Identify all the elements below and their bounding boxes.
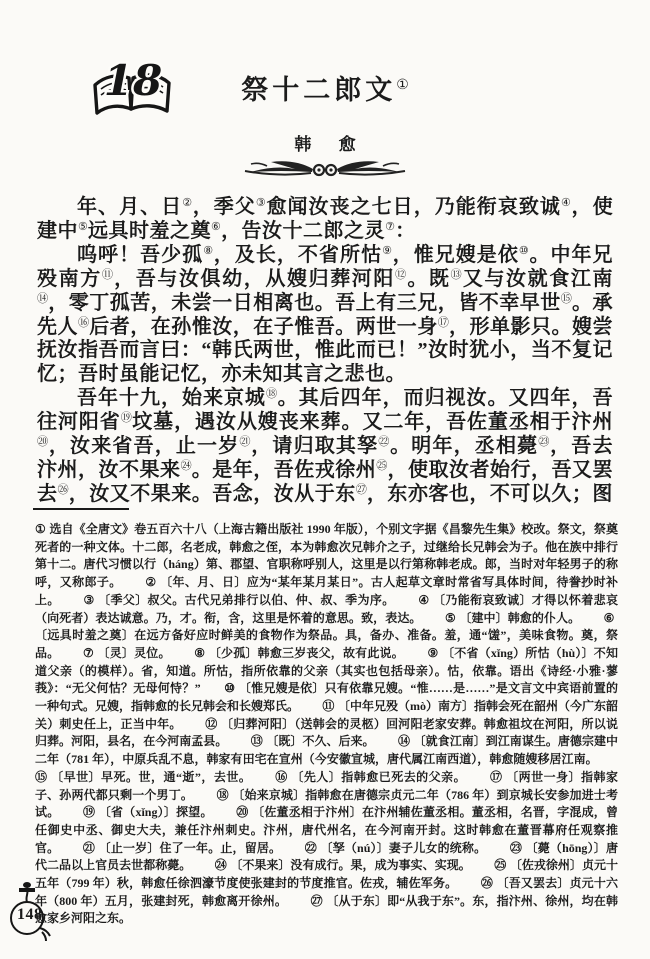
footnote-entry: ⑦〔灵〕灵位。 (83, 646, 191, 660)
footnotes: ①选自《全唐文》卷五百六十八（上海古籍出版社 1990 年版），个别文字据《昌黎… (35, 521, 618, 928)
footnote-entry: ⑮〔早世〕早死。世，通“逝”，去世。 (35, 770, 272, 784)
footnote-text: 〔先人〕指韩愈已死去的父亲。 (291, 770, 466, 784)
main-text: 年、月、日②，季父③愈闻汝丧之七日，乃能衔哀致诚④，使建中⑤远具时羞之奠⑥，告汝… (37, 196, 613, 507)
paragraph-opening: 年、月、日②，季父③愈闻汝丧之七日，乃能衔哀致诚④，使建中⑤远具时羞之奠⑥，告汝… (37, 196, 613, 244)
page-number-ornament: 148 (6, 880, 62, 946)
footnote-marker: ㉓ (510, 841, 526, 855)
footnote-text: 〔止一岁〕住了一年。止，留居。 (99, 841, 282, 855)
textbook-page: 18 祭十二郎文① 韩愈 年、月、日②，季父③愈闻汝丧之七日，乃能衔哀致诚④， (0, 0, 650, 959)
footnote-marker: ㉗ (311, 894, 327, 908)
title-footnote-ref: ① (396, 78, 409, 93)
footnote-entry: ⑯〔先人〕指韩愈已死去的父亲。 (275, 770, 486, 784)
footnote-marker: ㉒ (305, 841, 321, 855)
footnote-marker: ⑤ (445, 611, 459, 625)
footnote-text: 〔不果来〕没有成行。果，成为事实、实现。 (230, 858, 470, 872)
footnote-marker: ⑳ (236, 805, 252, 819)
footnote-marker: ⑮ (35, 770, 51, 784)
footnote-marker: ㉕ (494, 858, 510, 872)
footnote-marker: ① (35, 522, 49, 536)
footnote-text: 〔孥（nú）〕妻子儿女的统称。 (321, 841, 487, 855)
footnote-text: 〔既〕不久、后来。 (266, 734, 374, 748)
author-block: 韩愈 (0, 130, 650, 183)
footnote-entry: ㉔〔不果来〕没有成行。果，成为事实、实现。 (215, 858, 491, 872)
paragraph-lament: 呜呼！吾少孤⑧，及长，不省所怙⑨，惟兄嫂是依⑩。中年兄殁南方⑪，吾与汝俱幼，从嫂… (37, 244, 613, 387)
footnote-marker: ㉑ (83, 841, 99, 855)
footnote-entry: ㉑〔止一岁〕住了一年。止，留居。 (83, 841, 302, 855)
footnote-marker: ⑭ (398, 734, 414, 748)
paragraph-recollection: 吾年十九，始来京城⑱。其后四年，而归视汝。又四年，吾往河阳省⑲坟墓，遇汝从嫂丧来… (37, 387, 613, 507)
footnote-marker: ⑬ (251, 734, 267, 748)
footnote-marker: ㉔ (215, 858, 231, 872)
footnote-text: 〔建中〕韩愈的仆人。 (459, 611, 580, 625)
footnote-marker: ④ (418, 593, 433, 607)
footnote-separator (33, 508, 129, 510)
footnote-text: 〔灵〕灵位。 (98, 646, 171, 660)
footnote-marker: ⑥ (604, 611, 618, 625)
footnote-text: 〔季父〕叔父。古代兄弟排行以伯、仲、叔、季为序。 (98, 593, 394, 607)
page-number: 148 (17, 906, 43, 924)
footnote-marker: ⑰ (490, 770, 506, 784)
footnote-entry: ⑲〔省（xǐng）〕探望。 (83, 805, 233, 819)
footnote-marker: ⑱ (217, 788, 233, 802)
footnote-text: 〔省（xǐng）〕探望。 (99, 805, 213, 819)
footnote-marker: ⑨ (428, 646, 443, 660)
footnote-entry: ⑧〔少孤〕韩愈三岁丧父，故有此说。 (194, 646, 424, 660)
footnote-marker: ㉖ (481, 876, 497, 890)
author-name: 韩愈 (294, 130, 382, 155)
footnote-marker: ⑧ (194, 646, 209, 660)
footnote-marker: ③ (83, 593, 98, 607)
footnote-marker: ⑫ (205, 717, 221, 731)
footnote-entry: ③〔季父〕叔父。古代兄弟排行以伯、仲、叔、季为序。 (83, 593, 415, 607)
footnote-text: 〔早世〕早死。世，通“逝”，去世。 (51, 770, 251, 784)
lesson-title: 祭十二郎文① (241, 68, 409, 107)
footnote-entry: ⑤〔建中〕韩愈的仆人。 (445, 611, 601, 625)
footnote-marker: ⑩ (224, 681, 239, 695)
decorative-flourish-icon (241, 157, 409, 183)
title-row: 祭十二郎文① (0, 68, 650, 107)
footnote-marker: ⑪ (322, 699, 338, 713)
footnote-marker: ⑯ (275, 770, 291, 784)
footnote-entry: ㉒〔孥（nú）〕妻子儿女的统称。 (305, 841, 507, 855)
footnote-entry: ⑬〔既〕不久、后来。 (251, 734, 395, 748)
footnote-marker: ⑲ (83, 805, 99, 819)
footnote-marker: ② (145, 575, 160, 589)
lesson-title-text: 祭十二郎文 (241, 75, 396, 105)
footnote-text: 〔少孤〕韩愈三岁丧父，故有此说。 (209, 646, 404, 660)
footnote-marker: ⑦ (83, 646, 98, 660)
